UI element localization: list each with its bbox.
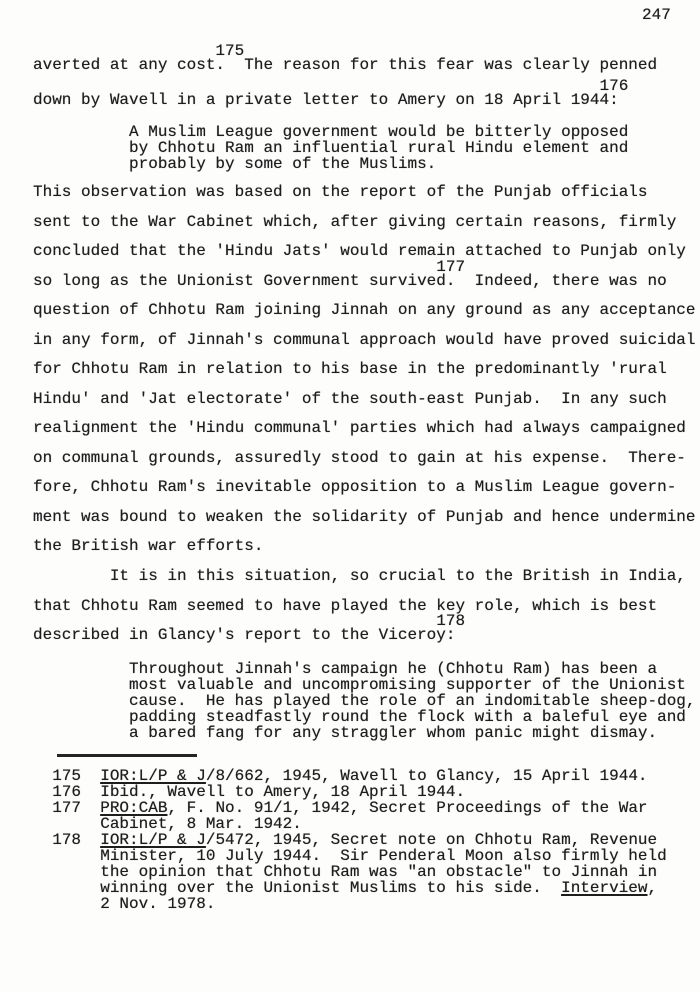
text-line: ment was bound to weaken the solidarity … — [33, 510, 696, 540]
document-page: 247 175averted at any cost. The reason f… — [0, 0, 700, 992]
text-line: on communal grounds, assuredly stood to … — [33, 451, 696, 481]
text-line: Hindu' and 'Jat electorate' of the south… — [33, 392, 696, 422]
text-line: so long as the Unionist Government survi… — [33, 274, 696, 304]
text-line: It is in this situation, so crucial to t… — [33, 569, 686, 599]
text-segment: , — [648, 879, 658, 897]
page-number: 247 — [642, 8, 671, 22]
paragraph-observation: This observation was based on the report… — [33, 185, 696, 569]
block-quote-glancy-report: Throughout Jinnah's campaign he (Chhotu … — [33, 662, 696, 742]
block-quote-wavell-letter: A Muslim League government would be bitt… — [33, 125, 628, 173]
text-line: in any form, of Jinnah's communal approa… — [33, 333, 696, 363]
text-line: This observation was based on the report… — [33, 185, 696, 215]
text-line: sent to the War Cabinet which, after giv… — [33, 215, 696, 245]
paragraph-situation: It is in this situation, so crucial to t… — [33, 569, 686, 658]
text-line: question of Chhotu Ram joining Jinnah on… — [33, 303, 696, 333]
text-segment: 2 Nov. 1978. — [33, 895, 215, 913]
footnote-separator-rule — [57, 754, 197, 757]
paragraph-opening: 175averted at any cost. The reason for t… — [33, 58, 657, 128]
text-line: a bared fang for any straggler whom pani… — [33, 726, 696, 742]
text-line: probably by some of the Muslims. — [33, 157, 628, 173]
text-line: fore, Chhotu Ram's inevitable opposition… — [33, 480, 696, 510]
text-line: 2 Nov. 1978. — [33, 897, 667, 913]
underlined-citation: Interview — [561, 879, 647, 897]
footnotes-list: 175 IOR:L/P & J/8/662, 1945, Wavell to G… — [33, 769, 667, 913]
text-line: for Chhotu Ram in relation to his base i… — [33, 362, 696, 392]
text-line: realignment the 'Hindu communal' parties… — [33, 421, 696, 451]
text-line: described in Glancy's report to the Vice… — [33, 628, 686, 658]
text-line: the British war efforts. — [33, 539, 696, 569]
